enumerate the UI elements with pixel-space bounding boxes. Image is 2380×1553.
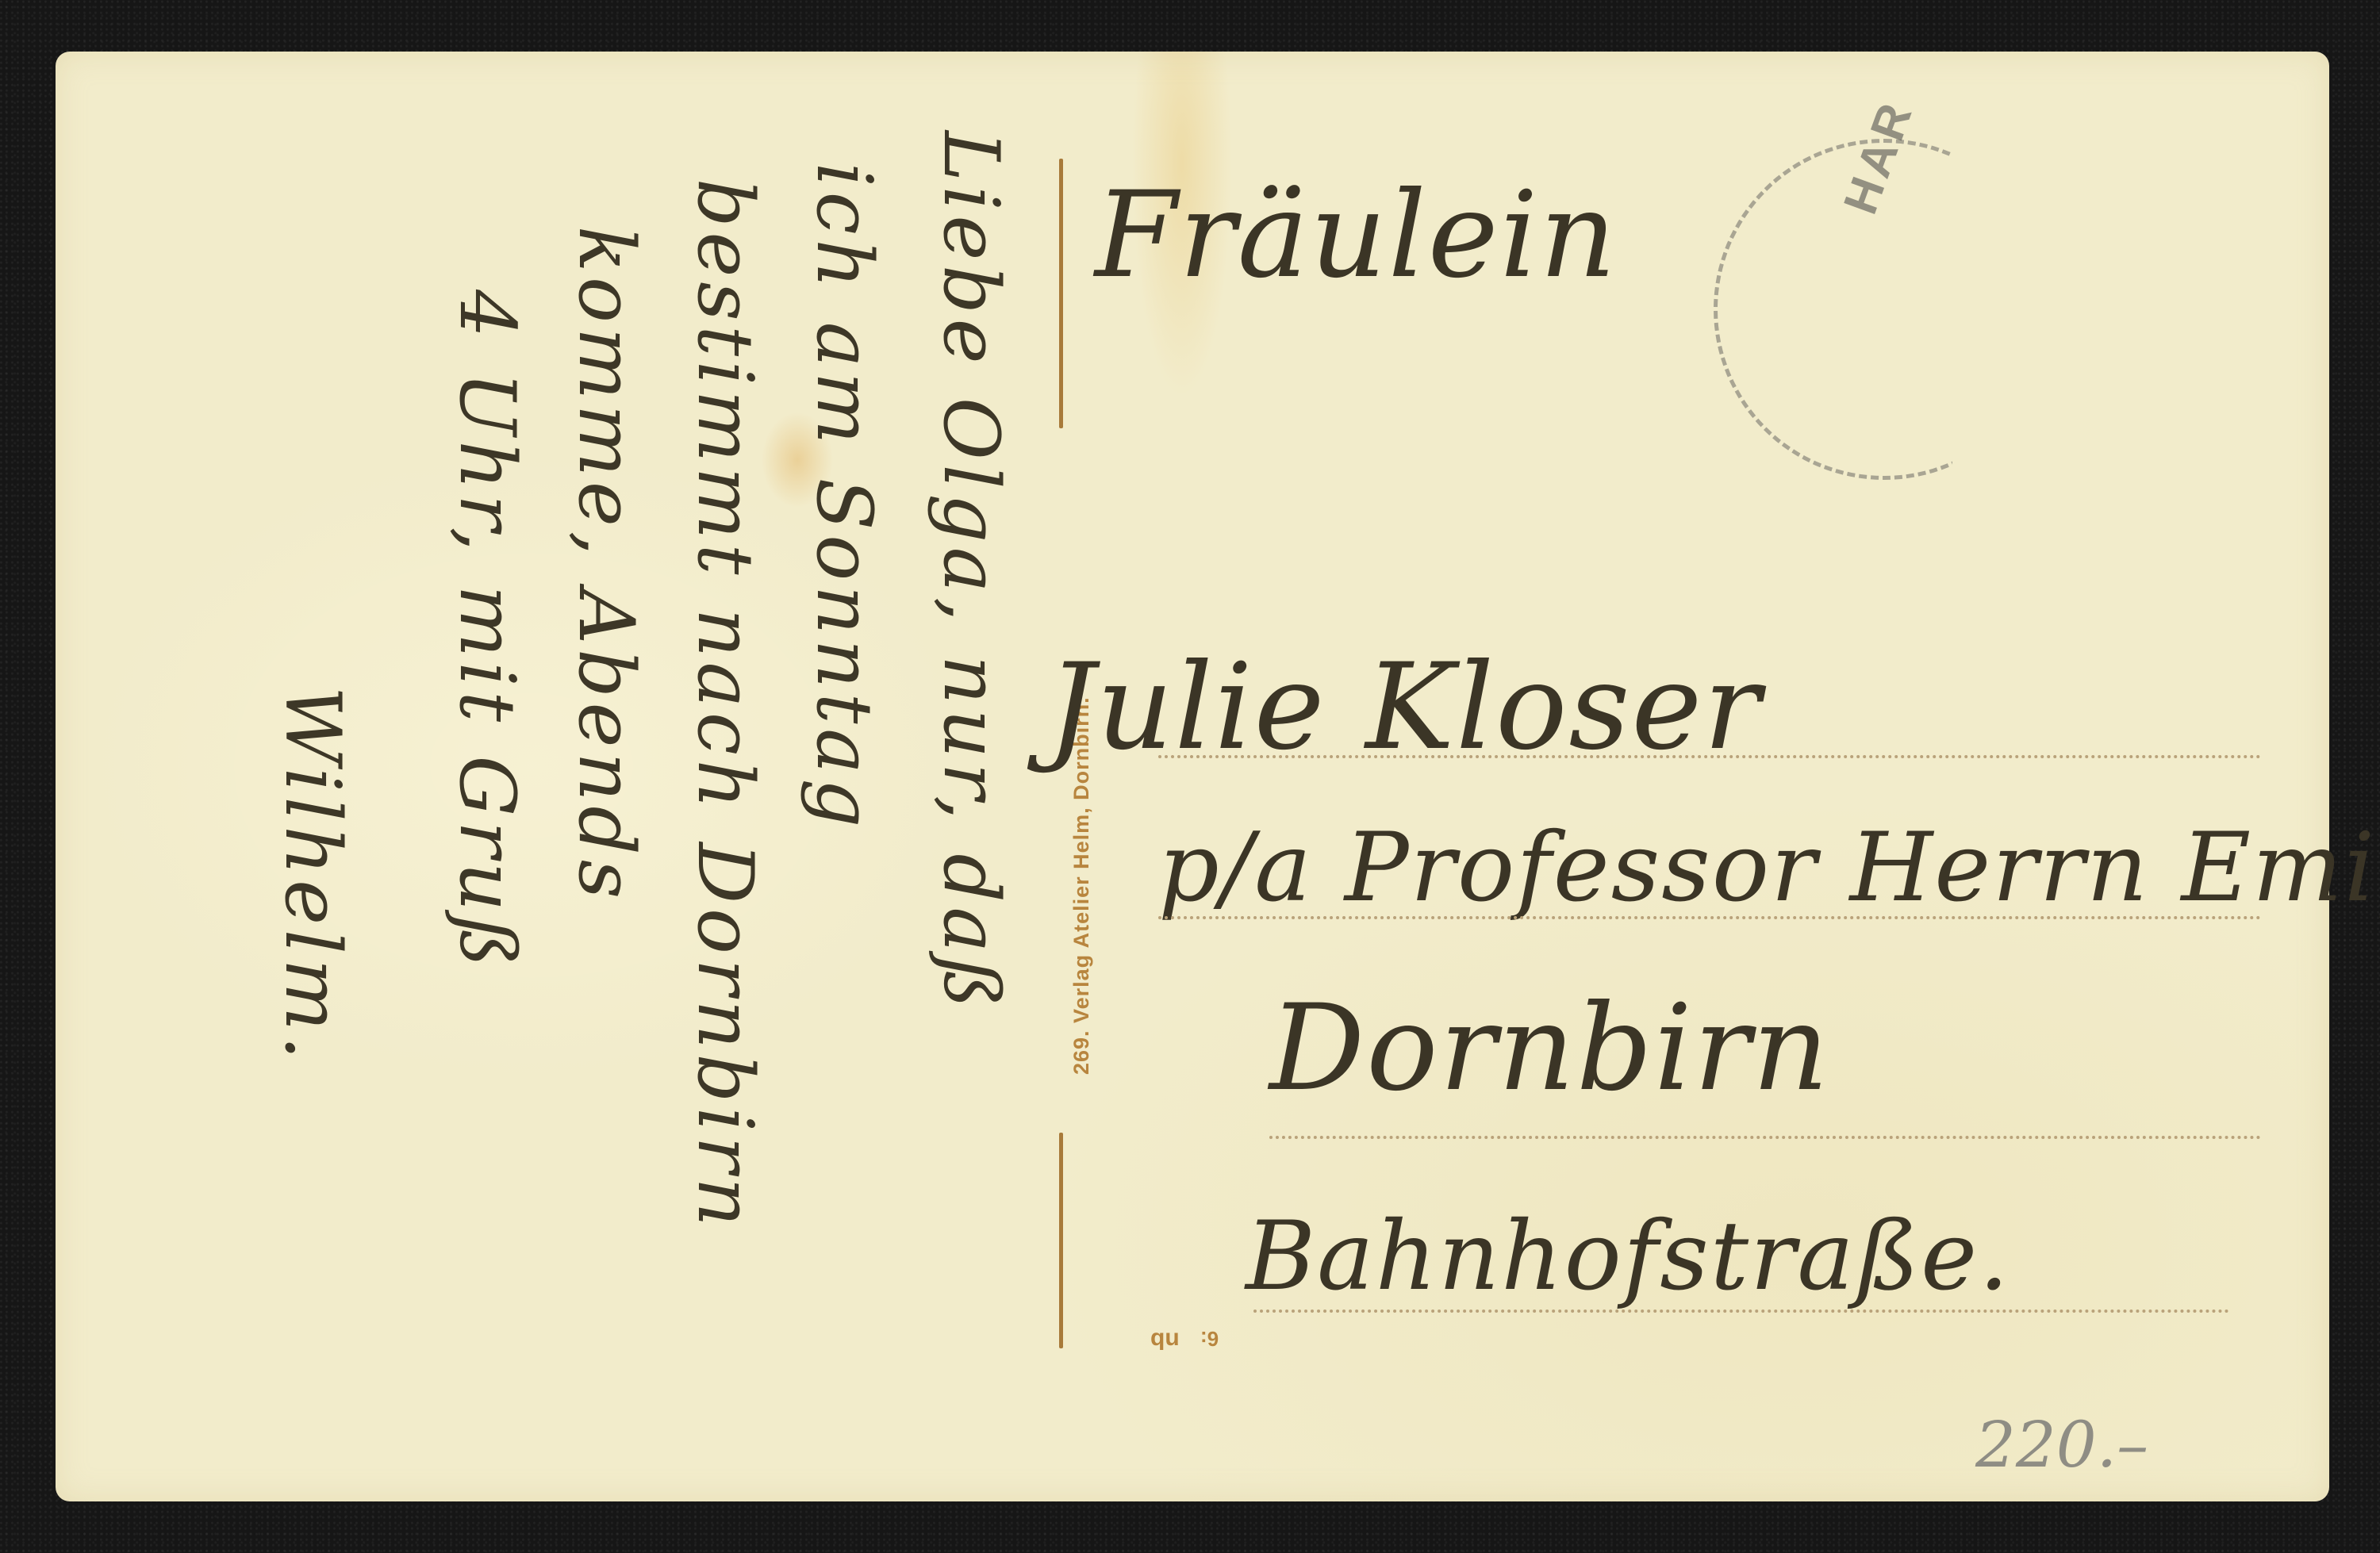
divider-line — [1059, 159, 1063, 428]
print-code-right: 6: — [1200, 1326, 1219, 1351]
divider-line — [1059, 1133, 1063, 1348]
message-line: komme, Abends — [562, 226, 651, 903]
address-city: Dornbirn — [1269, 980, 1830, 1118]
address-line-1 — [1158, 755, 2261, 758]
message-line: bestimmt nach Dornbirn — [681, 178, 770, 1232]
address-line-2 — [1158, 916, 2261, 919]
signature: Wilhelm. — [268, 686, 357, 1064]
address-street: Bahnhofstraße. — [1246, 1202, 2010, 1312]
print-code-left: qu — [1150, 1325, 1180, 1351]
address-line-4 — [1253, 1310, 2229, 1313]
message-area: Liebe Olga, nur, daß ich am Sonntag best… — [151, 131, 1031, 1440]
message-line: 4 Uhr, mit Gruß — [443, 290, 532, 972]
print-code: qu6: — [1150, 1325, 1219, 1352]
address-care-of: p/a Professor Herrn Emig — [1158, 813, 2380, 923]
message-line: ich am Sonntag — [800, 163, 889, 832]
message-line: Liebe Olga, nur, daß — [927, 131, 1015, 1013]
pencil-price: 220.– — [1975, 1408, 2148, 1482]
address-line-3 — [1269, 1136, 2261, 1139]
address-salutation: Fräulein — [1095, 167, 1618, 305]
postcard: Liebe Olga, nur, daß ich am Sonntag best… — [56, 52, 2329, 1501]
